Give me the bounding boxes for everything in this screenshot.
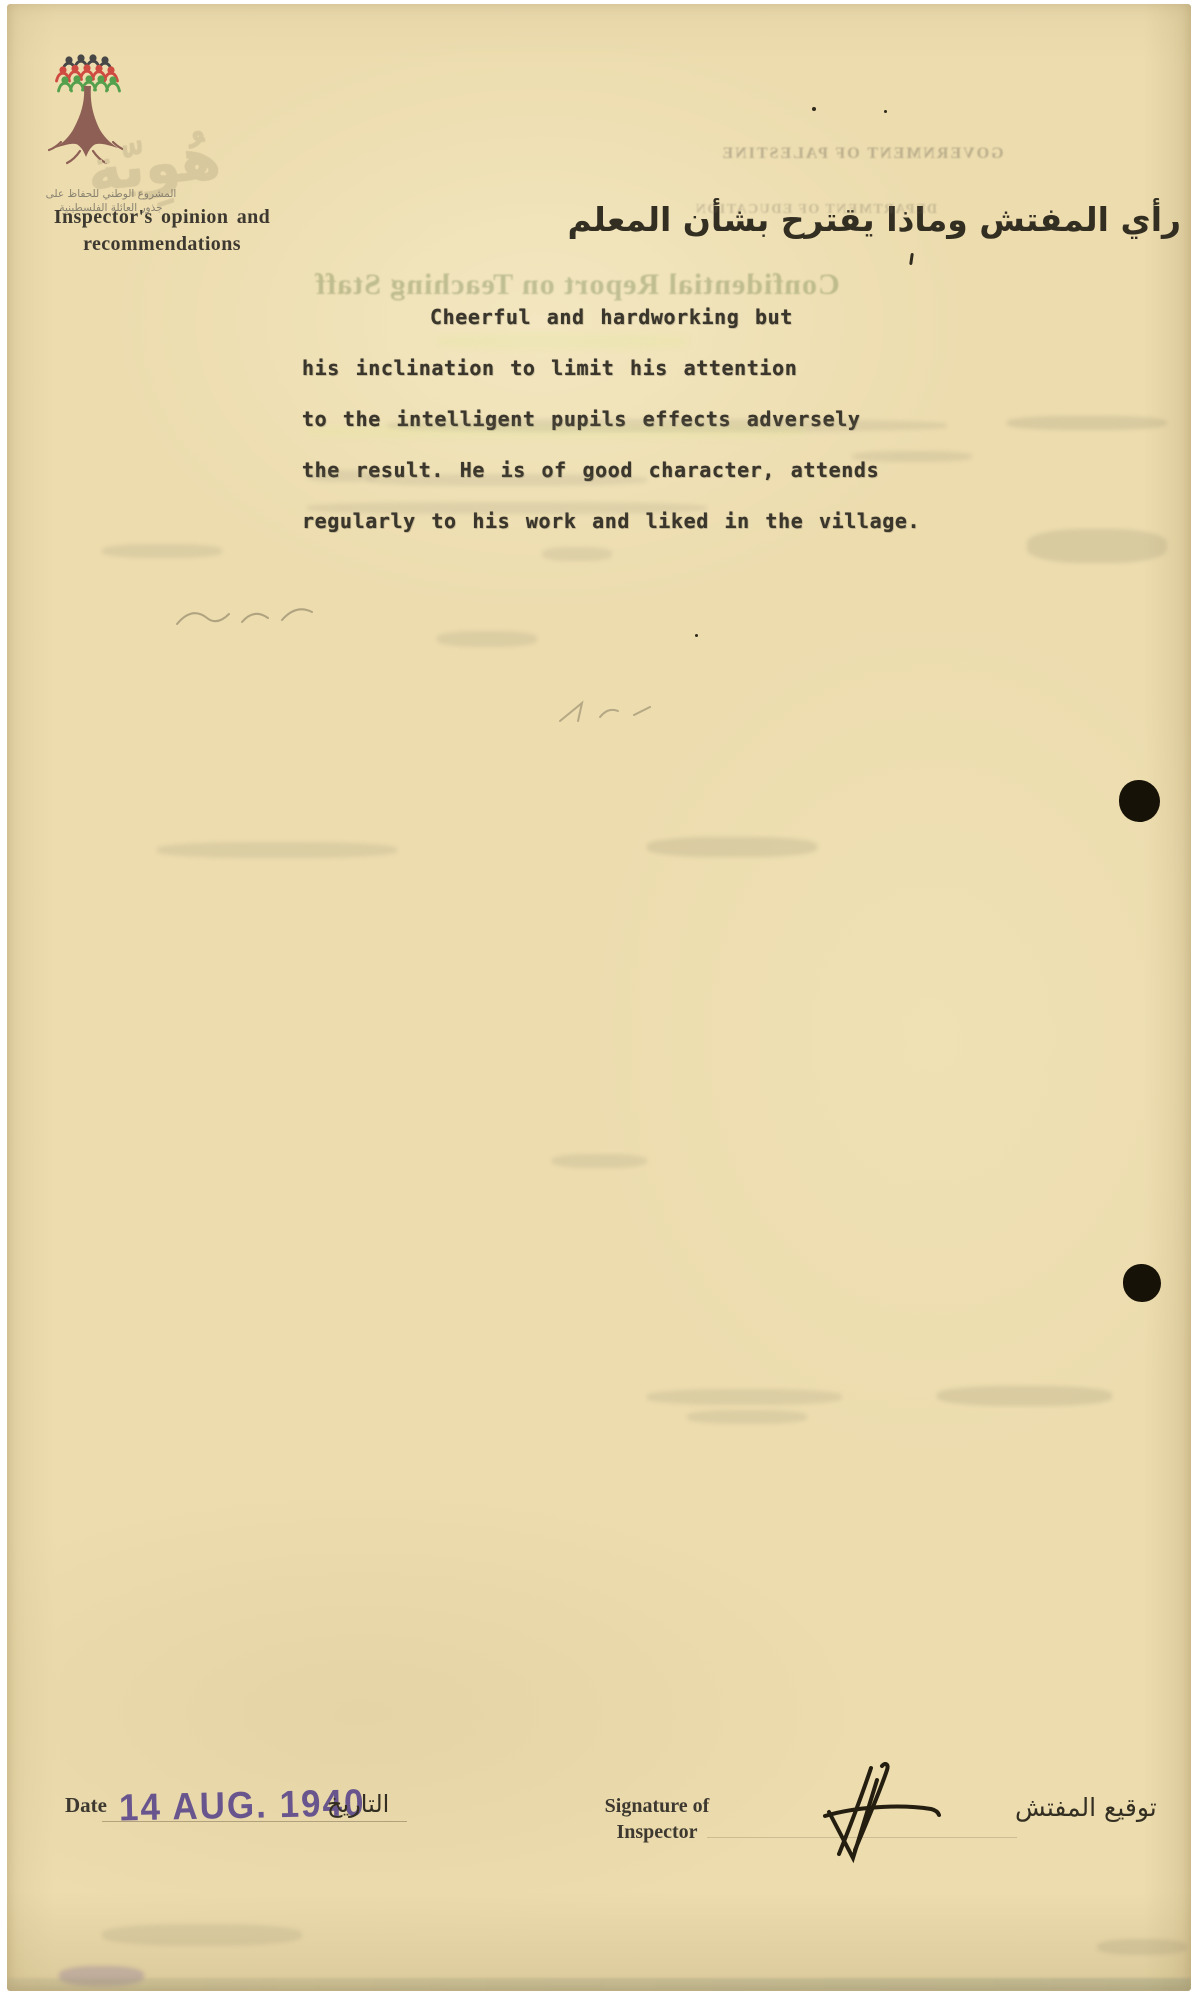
bleed-smudge xyxy=(157,842,397,858)
ink-speck xyxy=(812,107,816,111)
bleed-smudge xyxy=(387,419,947,432)
bleed-smudge xyxy=(437,631,537,647)
ink-speck xyxy=(909,253,914,265)
bleed-smudge xyxy=(687,1410,807,1424)
inspector-opinion-heading: Inspector's opinion and recommendations xyxy=(49,204,275,258)
bleed-smudge xyxy=(647,1389,842,1405)
document-page: هُوِيّة المشروع الوطني للحفاظ على جذور ا… xyxy=(7,4,1191,1991)
pencil-scribble xyxy=(552,697,662,729)
pencil-scribble xyxy=(172,594,322,636)
heading-line2: recommendations xyxy=(49,231,275,258)
remarks-line2: his inclination to limit his attention xyxy=(302,343,962,394)
date-label: Date xyxy=(65,1793,107,1818)
scan-edge-band xyxy=(7,1978,1191,1991)
bleed-smudge xyxy=(102,1924,302,1946)
bleed-smudge xyxy=(1097,1939,1187,1955)
bleed-smudge xyxy=(307,502,707,514)
bleed-smudge xyxy=(937,1386,1112,1406)
heading-line1: Inspector's opinion and xyxy=(49,204,275,231)
inspector-signature xyxy=(819,1762,944,1867)
bleed-smudge xyxy=(1007,416,1167,430)
bleed-government-line: GOVERNMENT OF PALESTINE xyxy=(702,145,1022,163)
hole-punch-bottom xyxy=(1123,1264,1161,1302)
signature-label-line1: Signature of xyxy=(567,1793,747,1819)
bleed-smudge xyxy=(102,544,222,558)
bleed-smudge xyxy=(852,451,972,462)
hole-punch-top xyxy=(1119,780,1160,822)
bleed-smudge xyxy=(552,1154,647,1168)
bleed-smudge xyxy=(647,837,817,857)
ink-speck xyxy=(695,634,698,637)
ink-speck xyxy=(884,110,887,113)
signature-label-arabic: توقيع المفتش xyxy=(1015,1793,1157,1822)
bleed-smudge xyxy=(542,547,612,561)
logo-caption-line1: المشروع الوطني للحفاظ على xyxy=(21,187,201,201)
signature-label-line2: Inspector xyxy=(567,1819,747,1845)
bleed-department-line: DEPARTMENT OF EDUCATION xyxy=(727,202,937,218)
bleed-smudge xyxy=(367,474,647,486)
remarks-line1: Cheerful and hardworking but xyxy=(302,292,962,343)
bleed-smudge xyxy=(1027,529,1167,563)
date-label-arabic: التاريخ xyxy=(327,1790,389,1818)
